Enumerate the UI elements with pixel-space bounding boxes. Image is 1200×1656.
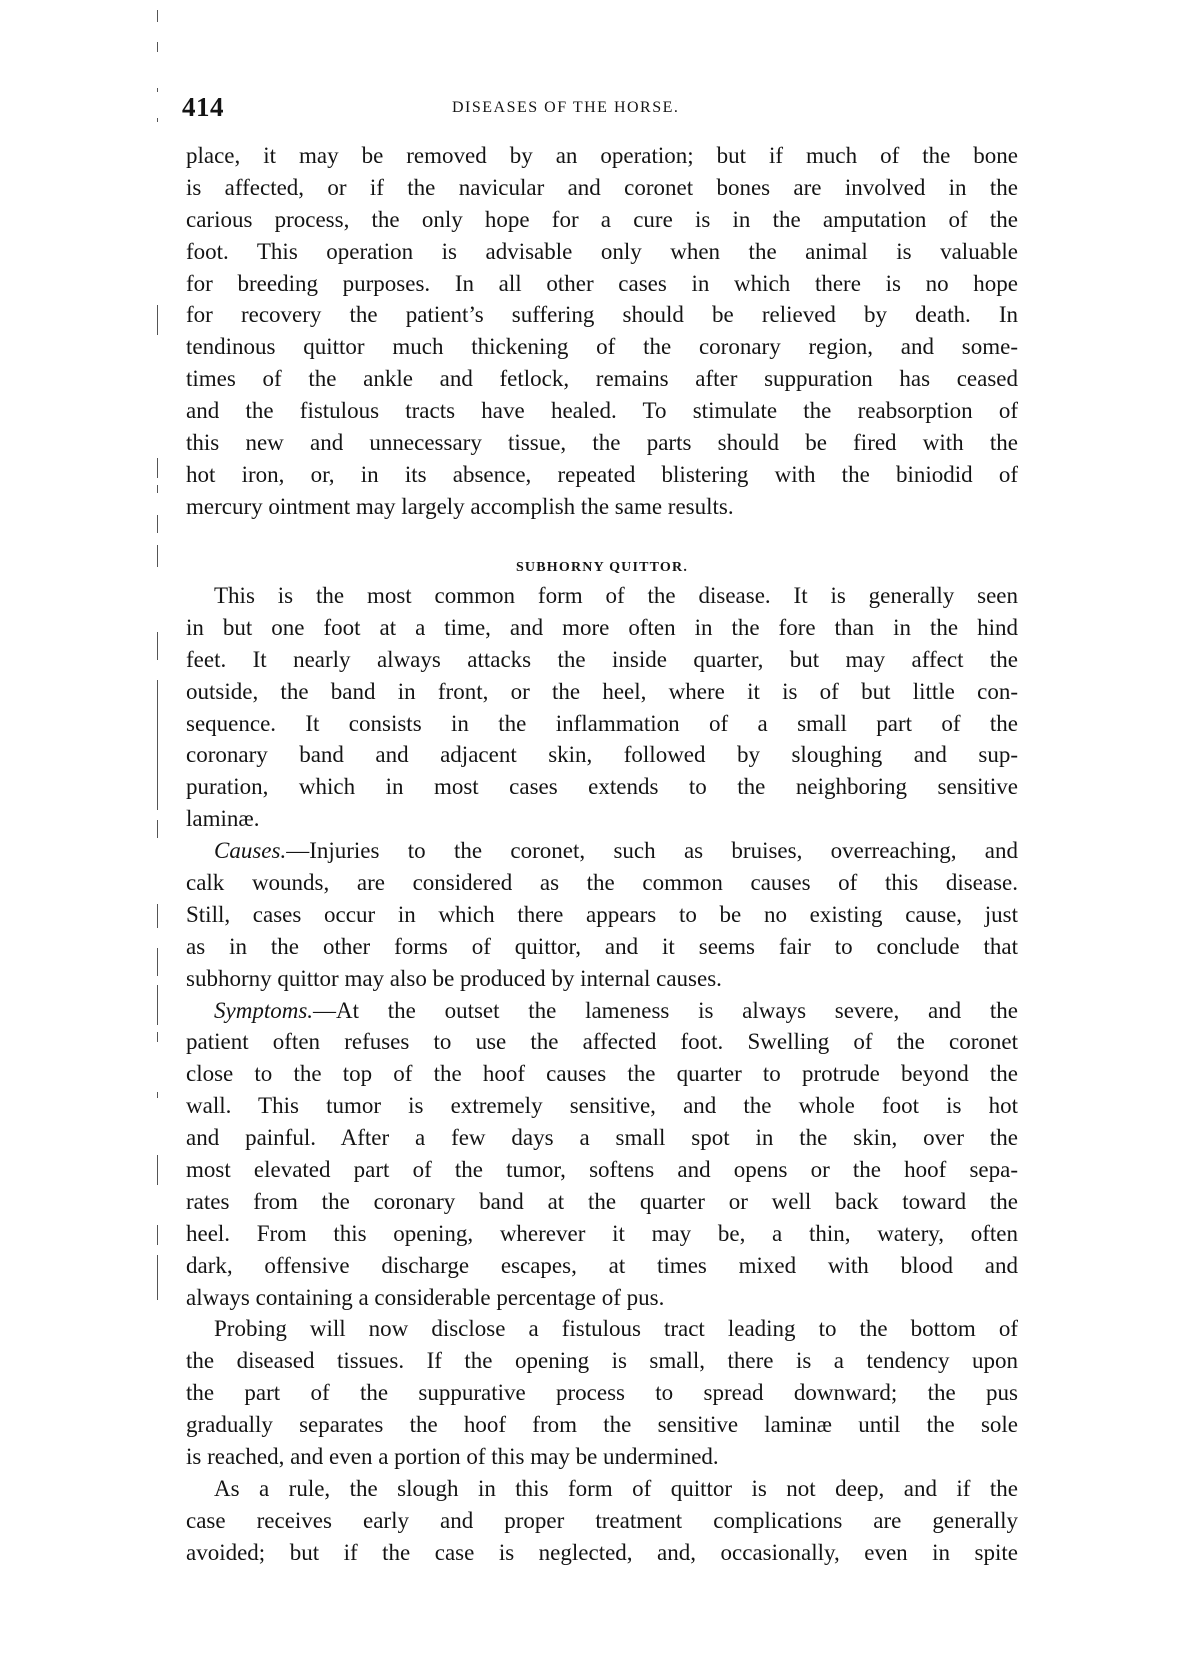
text-line: the diseased tissues. If the opening is … <box>186 1345 1018 1377</box>
text-line: subhorny quittor may also be produced by… <box>186 963 1018 995</box>
scan-margin-marks <box>155 0 161 1656</box>
text-line: wall. This tumor is extremely sensitive,… <box>186 1090 1018 1122</box>
text-line: for breeding purposes. In all other case… <box>186 268 1018 300</box>
text-line: dark, offensive discharge escapes, at ti… <box>186 1250 1018 1282</box>
text-line: always containing a considerable percent… <box>186 1282 1018 1314</box>
text-line: calk wounds, are considered as the commo… <box>186 867 1018 899</box>
text-line: as in the other forms of quittor, and it… <box>186 931 1018 963</box>
text-line: carious process, the only hope for a cur… <box>186 204 1018 236</box>
text-line: in but one foot at a time, and more ofte… <box>186 612 1018 644</box>
text-line: gradually separates the hoof from the se… <box>186 1409 1018 1441</box>
text-line: outside, the band in front, or the heel,… <box>186 676 1018 708</box>
text-line: laminæ. <box>186 803 1018 835</box>
text-line: puration, which in most cases extends to… <box>186 771 1018 803</box>
causes-label: Causes. <box>214 838 286 863</box>
text-line: As a rule, the slough in this form of qu… <box>186 1473 1018 1505</box>
text-line: Still, cases occur in which there appear… <box>186 899 1018 931</box>
text-line: most elevated part of the tumor, softens… <box>186 1154 1018 1186</box>
text-line: close to the top of the hoof causes the … <box>186 1058 1018 1090</box>
text-line: this new and unnecessary tissue, the par… <box>186 427 1018 459</box>
continuation-paragraph: place, it may be removed by an operation… <box>186 140 1018 523</box>
text-line: feet. It nearly always attacks the insid… <box>186 644 1018 676</box>
text-line: coronary band and adjacent skin, followe… <box>186 739 1018 771</box>
text-line: rates from the coronary band at the quar… <box>186 1186 1018 1218</box>
text-line: This is the most common form of the dise… <box>186 580 1018 612</box>
text-line: and painful. After a few days a small sp… <box>186 1122 1018 1154</box>
page-number: 414 <box>182 92 224 123</box>
section-body: This is the most common form of the dise… <box>186 580 1018 1569</box>
book-page: 414 DISEASES OF THE HORSE. place, it may… <box>0 0 1200 1656</box>
symptoms-label: Symptoms. <box>214 998 313 1023</box>
text-line: place, it may be removed by an operation… <box>186 140 1018 172</box>
text-line: sequence. It consists in the inflammatio… <box>186 708 1018 740</box>
text-line: and the fistulous tracts have healed. To… <box>186 395 1018 427</box>
text-line: Probing will now disclose a fistulous tr… <box>186 1313 1018 1345</box>
running-title: DISEASES OF THE HORSE. <box>452 99 679 117</box>
text-line: foot. This operation is advisable only w… <box>186 236 1018 268</box>
causes-first-line: Causes.—Injuries to the coronet, such as… <box>186 835 1018 867</box>
text-line: patient often refuses to use the affecte… <box>186 1026 1018 1058</box>
symptoms-first-line: Symptoms.—At the outset the lameness is … <box>186 995 1018 1027</box>
text-line: the part of the suppurative process to s… <box>186 1377 1018 1409</box>
text-line: for recovery the patient’s suffering sho… <box>186 299 1018 331</box>
text-line: avoided; but if the case is neglected, a… <box>186 1537 1018 1569</box>
text-line: tendinous quittor much thickening of the… <box>186 331 1018 363</box>
text-fragment: —Injuries to the coronet, such as bruise… <box>286 838 1018 863</box>
text-fragment: —At the outset the lameness is always se… <box>313 998 1018 1023</box>
text-line: heel. From this opening, wherever it may… <box>186 1218 1018 1250</box>
text-line: is affected, or if the navicular and cor… <box>186 172 1018 204</box>
text-line: hot iron, or, in its absence, repeated b… <box>186 459 1018 491</box>
text-line: is reached, and even a portion of this m… <box>186 1441 1018 1473</box>
text-line: case receives early and proper treatment… <box>186 1505 1018 1537</box>
text-line: mercury ointment may largely accomplish … <box>186 491 1018 523</box>
running-head: 414 DISEASES OF THE HORSE. <box>182 92 1032 128</box>
section-heading: SUBHORNY QUITTOR. <box>186 560 1018 576</box>
text-line: times of the ankle and fetlock, remains … <box>186 363 1018 395</box>
